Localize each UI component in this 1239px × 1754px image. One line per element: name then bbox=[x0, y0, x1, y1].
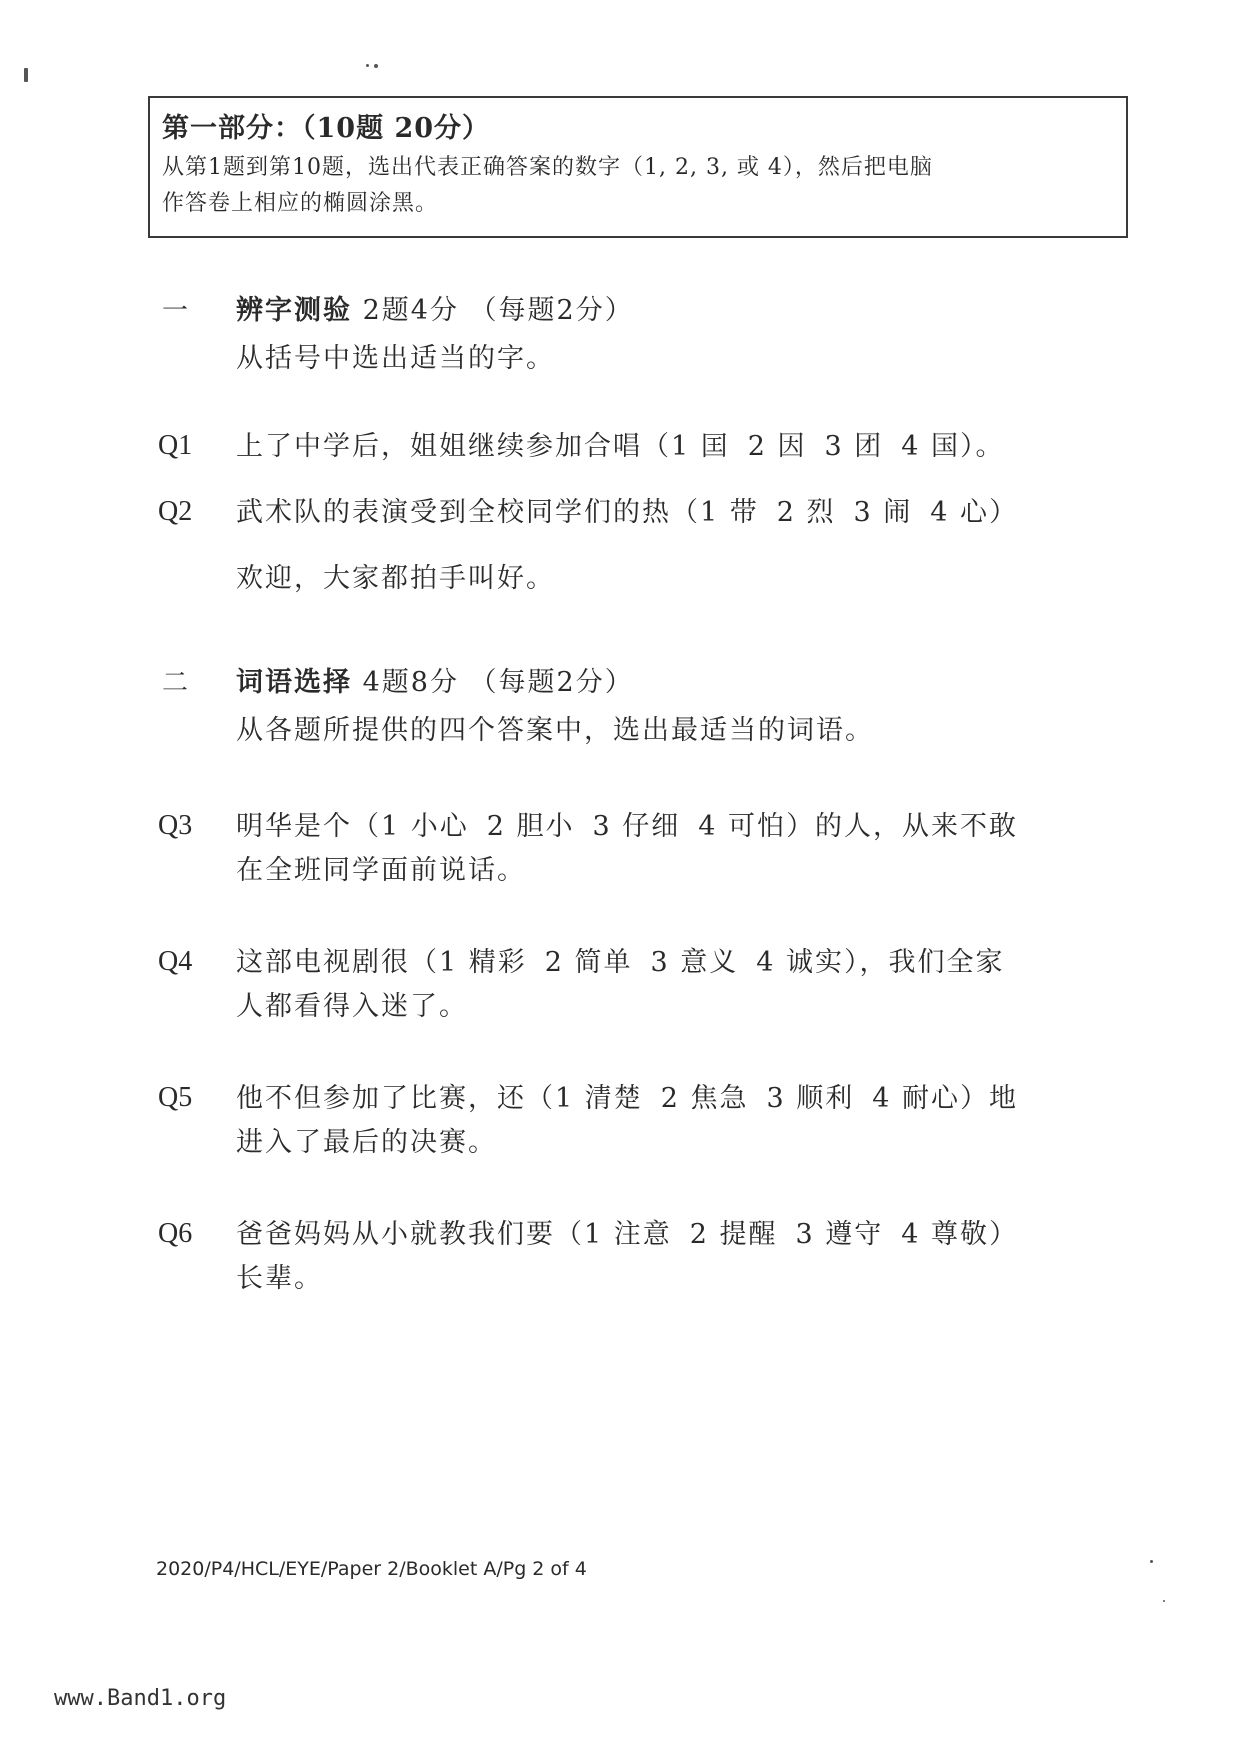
option-4: 4 心 bbox=[930, 497, 989, 528]
section-2-description: 从各题所提供的四个答案中，选出最适当的词语。 bbox=[236, 708, 874, 747]
question-stem-end: ）。 bbox=[960, 431, 1005, 462]
option-2: 2 胆小 bbox=[487, 811, 575, 842]
section-1-score: 2题4分 （每题2分） bbox=[363, 295, 634, 326]
section-1-number: 一 bbox=[162, 290, 188, 327]
option-1: 1 小心 bbox=[381, 811, 469, 842]
question-1-text: 上了中学后，姐姐继续参加合唱（1 囯2 因3 团4 国）。 bbox=[236, 426, 1005, 468]
question-stem: 这部电视剧很（ bbox=[236, 947, 439, 978]
question-3-text: 明华是个（1 小心2 胆小3 仔细4 可怕）的人，从来不敢 bbox=[236, 806, 1018, 848]
option-3: 3 遵守 bbox=[796, 1219, 884, 1250]
scan-speck bbox=[24, 68, 28, 82]
question-label: Q5 bbox=[158, 1082, 192, 1114]
option-3: 3 闹 bbox=[854, 497, 913, 528]
option-2: 2 简单 bbox=[545, 947, 633, 978]
option-3: 3 团 bbox=[825, 431, 884, 462]
option-1: 1 清楚 bbox=[555, 1083, 643, 1114]
option-2: 2 因 bbox=[748, 431, 807, 462]
question-stem-end: ）的人，从来不敢 bbox=[786, 811, 1018, 842]
question-2-text: 武术队的表演受到全校同学们的热（1 带2 烈3 闹4 心） bbox=[236, 492, 1018, 534]
question-label: Q2 bbox=[158, 496, 192, 528]
question-stem-end: ） bbox=[989, 497, 1018, 528]
question-stem-end: ），我们全家 bbox=[844, 947, 1005, 978]
section-2-number: 二 bbox=[162, 662, 188, 699]
section-1-title: 辨字测验 bbox=[236, 295, 352, 326]
scan-speck bbox=[366, 64, 369, 67]
section-2-heading: 词语选择 4题8分 （每题2分） bbox=[236, 660, 634, 699]
section-1-heading: 辨字测验 2题4分 （每题2分） bbox=[236, 288, 634, 327]
question-stem: 爸爸妈妈从小就教我们要（ bbox=[236, 1219, 584, 1250]
scan-speck bbox=[374, 64, 378, 68]
option-4: 4 国 bbox=[901, 431, 960, 462]
option-2: 2 提醒 bbox=[690, 1219, 778, 1250]
question-label: Q3 bbox=[158, 810, 192, 842]
option-1: 1 带 bbox=[700, 497, 759, 528]
scan-speck bbox=[1163, 1600, 1165, 1602]
question-stem: 上了中学后，姐姐继续参加合唱（ bbox=[236, 431, 671, 462]
question-stem: 他不但参加了比赛，还（ bbox=[236, 1083, 555, 1114]
part-title: 第一部分：（10题 20分） bbox=[162, 108, 1114, 150]
question-label: Q4 bbox=[158, 946, 192, 978]
scan-speck bbox=[1150, 1560, 1153, 1563]
question-stem-end: ） bbox=[989, 1219, 1018, 1250]
question-5-line-2: 进入了最后的决赛。 bbox=[236, 1122, 497, 1164]
option-4: 4 耐心 bbox=[872, 1083, 960, 1114]
question-4-line-2: 人都看得入迷了。 bbox=[236, 986, 468, 1028]
watermark-link[interactable]: www.Band1.org bbox=[54, 1686, 226, 1711]
question-2-line-2: 欢迎，大家都拍手叫好。 bbox=[236, 558, 555, 600]
option-4: 4 诚实 bbox=[756, 947, 844, 978]
option-4: 4 尊敬 bbox=[901, 1219, 989, 1250]
question-stem-end: ）地 bbox=[960, 1083, 1018, 1114]
question-5-text: 他不但参加了比赛，还（1 清楚2 焦急3 顺利4 耐心）地 bbox=[236, 1078, 1018, 1120]
option-1: 1 注意 bbox=[584, 1219, 672, 1250]
option-3: 3 意义 bbox=[651, 947, 739, 978]
instructions-line-2: 作答卷上相应的椭圆涂黑。 bbox=[162, 186, 1114, 222]
question-label: Q1 bbox=[158, 430, 192, 462]
instructions-box: 第一部分：（10题 20分） 从第1题到第10题，选出代表正确答案的数字（1, … bbox=[148, 96, 1128, 238]
section-2-score: 4题8分 （每题2分） bbox=[363, 667, 634, 698]
option-2: 2 焦急 bbox=[661, 1083, 749, 1114]
question-6-text: 爸爸妈妈从小就教我们要（1 注意2 提醒3 遵守4 尊敬） bbox=[236, 1214, 1018, 1256]
section-1-description: 从括号中选出适当的字。 bbox=[236, 336, 555, 375]
option-1: 1 精彩 bbox=[439, 947, 527, 978]
question-label: Q6 bbox=[158, 1218, 192, 1250]
option-3: 3 仔细 bbox=[593, 811, 681, 842]
question-6-line-2: 长辈。 bbox=[236, 1258, 323, 1300]
option-2: 2 烈 bbox=[777, 497, 836, 528]
question-stem: 明华是个（ bbox=[236, 811, 381, 842]
section-2-title: 词语选择 bbox=[236, 667, 352, 698]
option-3: 3 顺利 bbox=[767, 1083, 855, 1114]
page-reference: 2020/P4/HCL/EYE/Paper 2/Booklet A/Pg 2 o… bbox=[156, 1558, 587, 1580]
question-stem: 武术队的表演受到全校同学们的热（ bbox=[236, 497, 700, 528]
instructions-line-1: 从第1题到第10题，选出代表正确答案的数字（1, 2, 3, 或 4），然后把电… bbox=[162, 150, 1114, 186]
question-4-text: 这部电视剧很（1 精彩2 简单3 意义4 诚实），我们全家 bbox=[236, 942, 1005, 984]
option-1: 1 囯 bbox=[671, 431, 730, 462]
question-3-line-2: 在全班同学面前说话。 bbox=[236, 850, 526, 892]
option-4: 4 可怕 bbox=[698, 811, 786, 842]
